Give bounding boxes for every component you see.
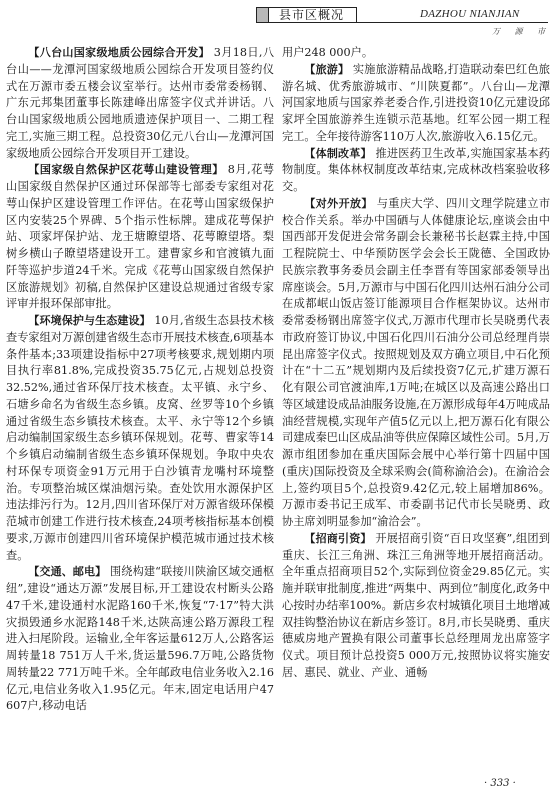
paragraph-heading: 【招商引资】 [304, 532, 371, 545]
paragraph-investment: 【招商引资】 开展招商引资“百日攻坚赛”,组团到重庆、长江三角洲、珠江三角洲等地… [282, 531, 550, 682]
paragraph-opening-up: 【对外开放】 与重庆大学、四川文理学院建立市校合作关系。举办中国硒与人体健康论坛… [282, 196, 550, 531]
right-column: 用户248 000户。 【旅游】 实施旅游精品战略,打造联动秦巴红色旅游名城、优… [282, 45, 550, 682]
paragraph-transport-post: 【交通、邮电】 围绕构建“联接川陕渝区域交通枢纽”,建设“通达万源”发展目标,开… [6, 564, 274, 715]
section-tab-marker [257, 8, 269, 23]
paragraph-text: 与重庆大学、四川文理学院建立市校合作关系。举办中国硒与人体健康论坛,座谈会由中国… [282, 197, 550, 528]
paragraph-heading: 【国家级自然保护区花萼山建设管理】 [28, 163, 223, 176]
paragraph-reform: 【体制改革】 推进医药卫生改革,实施国家基本药物制度。集体林权制度改革结束,完成… [282, 146, 550, 196]
page-number: · 333 · [484, 778, 516, 789]
paragraph-environment: 【环境保护与生态建设】 10月,省级生态县技术核查专家组对万源创建省级生态市开展… [6, 313, 274, 564]
paragraph-geopark: 【八台山国家级地质公园综合开发】 3月18日,八台山——龙潭河国家级地质公园综合… [6, 45, 274, 162]
paragraph-heading: 【环境保护与生态建设】 [28, 314, 150, 327]
paragraph-text: 8月,花萼山国家级自然保护区通过环保部等七部委专家组对花萼山保护区建设管理工作评… [6, 163, 274, 310]
paragraph-nature-reserve: 【国家级自然保护区花萼山建设管理】 8月,花萼山国家级自然保护区通过环保部等七部… [6, 162, 274, 313]
region-label: 万 源 市 [492, 26, 551, 37]
paragraph-tourism: 【旅游】 实施旅游精品战略,打造联动秦巴红色旅游名城、优秀旅游城市、“川陕夏都”… [282, 62, 550, 146]
left-column: 【八台山国家级地质公园综合开发】 3月18日,八台山——龙潭河国家级地质公园综合… [6, 45, 274, 715]
paragraph-heading: 【体制改革】 [304, 147, 371, 160]
page-header: 县市区概况 DAZHOU NIANJIAN 万 源 市 [0, 0, 554, 40]
journal-name: DAZHOU NIANJIAN [420, 8, 520, 20]
section-title: 县市区概况 [279, 8, 344, 23]
paragraph-continuation: 用户248 000户。 [282, 45, 550, 62]
paragraph-heading: 【对外开放】 [304, 197, 372, 210]
paragraph-heading: 【旅游】 [304, 63, 349, 76]
header-rule [256, 22, 548, 23]
paragraph-text: 3月18日,八台山——龙潭河国家级地质公园综合开发项目签约仪式在万源市委五楼会议… [6, 46, 274, 160]
section-tab: 县市区概况 [256, 7, 357, 23]
paragraph-text: 围绕构建“联接川陕渝区域交通枢纽”,建设“通达万源”发展目标,开工建设农村断头公… [6, 565, 274, 712]
paragraph-text: 开展招商引资“百日攻坚赛”,组团到重庆、长江三角洲、珠江三角洲等地开展招商活动。… [282, 532, 550, 679]
paragraph-heading: 【交通、邮电】 [28, 565, 106, 578]
paragraph-text: 10月,省级生态县技术核查专家组对万源创建省级生态市开展技术核查,6项基本条件基… [6, 314, 274, 562]
paragraph-heading: 【八台山国家级地质公园综合开发】 [28, 46, 210, 59]
